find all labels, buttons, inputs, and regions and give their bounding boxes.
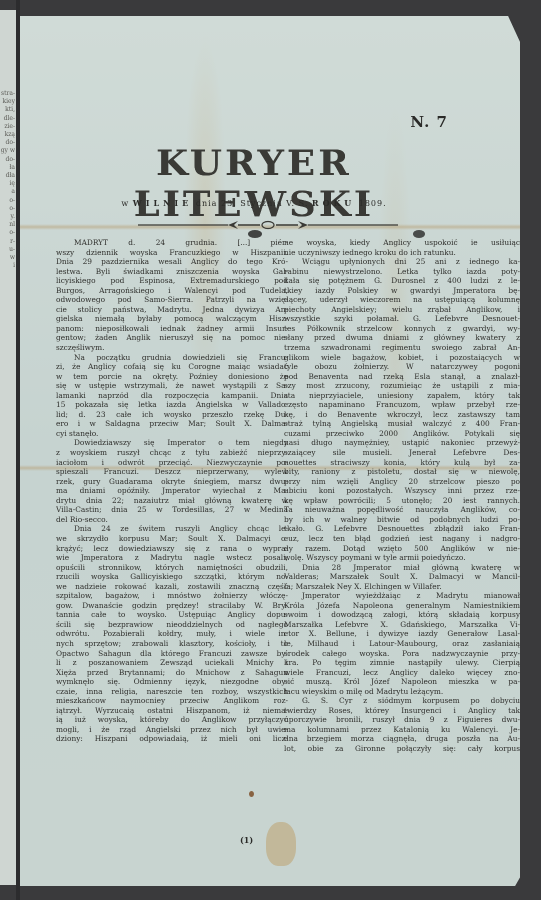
text-line: Burgos, Arragońskiego i Walencyi pod Tud… [56, 286, 288, 296]
text-line: straż tylną Angielską musiał walczyć z 4… [284, 419, 520, 429]
dateline: w WILNIE dnia 23. Stycznia V. S. ROKU 18… [44, 198, 464, 208]
text-line: rzucili woyska Gallicyiskiego szczątki, … [56, 572, 288, 582]
text-line: szy most zrzucony, rozumieiąc że ustąpil… [284, 381, 520, 391]
text-line: uporczywie bronili, ruszył dnia 9 z Figu… [284, 715, 520, 725]
fragment-line: gy w [0, 147, 15, 155]
fragment-line: r- [0, 238, 15, 246]
fragment-line: nl [0, 221, 15, 229]
text-line: wie Jmperatora z Madrytu nagle wstecz po… [56, 553, 288, 563]
text-line: swoim i dowodzącą załogi, którą składaią… [284, 610, 520, 620]
text-line: tkało. G. Lefebvre Desnouettes zbłądził … [284, 524, 520, 534]
article-paragraph: ne woyska, kiedy Anglicy uspokoić ie usi… [284, 238, 520, 257]
text-line: Króla Józefa Napoleona generalnym Namies… [284, 601, 520, 611]
masthead-title: KURYER LITEWSKI [34, 143, 475, 225]
text-line: cuzami przeciwko 2000 Anglików. Potykali… [284, 429, 520, 439]
text-line: panom: nieposiłkowali iednak żadney armi… [56, 324, 288, 334]
article-paragraph: Dowiedziawszy się Imperator o tem niegdy… [56, 438, 288, 524]
text-line: tannia całe to woysko. Ustępuiąc Anglicy… [56, 610, 288, 620]
article-column-right: ne woyska, kiedy Anglicy uspokoić ie usi… [284, 238, 520, 754]
adjacent-page-fragment: stra-kieykti,dle-zie-kządo-gy wdo-ładłai… [0, 10, 16, 885]
text-line: Wciągu upłynionych dni 25 ani z iednego … [284, 257, 520, 267]
text-line: ma kolumnami przez Katalonią ku Walencyi… [284, 725, 520, 735]
text-line: Xięża przed Brytannami; do Mnichow z Sah… [56, 668, 288, 678]
text-line: środek całego woyska. Pora nadzwyczaynie… [284, 649, 520, 659]
fragment-line: o- [0, 197, 15, 205]
text-line: wszy dziennik woyska Francuzkiego w Hisz… [56, 248, 288, 258]
text-line: rabinu niewystrzelono. Letka tylko iazda… [284, 267, 520, 277]
fragment-line: y. [0, 213, 15, 221]
text-line: dziony: Hiszpani odpowiadaią, iż mieli o… [56, 734, 288, 744]
dateline-year: 1809. [359, 199, 387, 208]
fragment-line: do- [0, 156, 15, 164]
text-line: li z poszanowaniem Zewsząd uciekali Mnic… [56, 658, 288, 668]
text-line: ctor X. Bellune, i dywizye iazdy Generał… [284, 629, 520, 639]
text-line: lestwa. Byli świadkami zniszczenia woysk… [56, 267, 288, 277]
text-line: szczęśliwym. [56, 343, 288, 353]
article-paragraph: G. S. Cyr z siódmym korpusem po dobyciut… [284, 696, 520, 753]
fragment-line: dła [0, 172, 15, 180]
ink-blot [413, 230, 425, 238]
text-line: kała się potężnem G. Durosnel z 400 ludz… [284, 276, 520, 286]
article-column-left: MADRYT d. 24 grudnia. [...] piér-wszy dz… [56, 238, 288, 744]
fragment-line: kiey [0, 98, 15, 106]
text-line: ścili się bezprawiow nieoddzielnych od n… [56, 620, 288, 630]
text-line: kę, i do Benavente wkroczył, lecz zastaw… [284, 410, 520, 420]
text-line: la; Marszałek Ney X. Elchingen w Villafe… [284, 582, 520, 592]
text-line: dy razem. Dotąd wzięto 500 Anglików w ni… [284, 544, 520, 554]
text-line: dącey, uderzył wieczorem na ustępuiącą k… [284, 295, 520, 305]
article-paragraph: Dnia 28 Jmperator miał główną kwaterę wV… [284, 563, 520, 592]
text-line: nych sprzętow; zrabowali klasztory, kośc… [56, 639, 288, 649]
text-line: ubiciu koni pozostałych. Wszyscy inni pr… [284, 486, 520, 496]
fragment-line: o- [0, 205, 15, 213]
article-paragraph: Dnia 24 ze świtem ruszyli Anglicy chcąc … [56, 524, 288, 744]
fragment-line: i [0, 262, 15, 270]
text-line: z woyskiem ruszył chcąc z tyłu zabieżć n… [56, 448, 288, 458]
text-line: zi, że Anglicy cofaią się ku Corogne mai… [56, 362, 288, 372]
text-line: tkiey iazdy Polskiey w gwardyi Jmperator… [284, 286, 520, 296]
text-line: sta nieprzyiaciele, uniesiony zapałem, k… [284, 391, 520, 401]
text-line: 15 pokazała się letka iazda Angielska w … [56, 400, 288, 410]
text-line: cie stolicy państwa, Madrytu. Jedna dywi… [56, 305, 288, 315]
text-line: sić muszą. Król Józef Napoleon mieszka w… [284, 677, 520, 687]
text-line: szpitalow, bagażow, i mnóstwo żołnierzy … [56, 591, 288, 601]
text-line: nasi długo nayme̜żniey, ustąpić nakoniec… [284, 438, 520, 448]
article-paragraph: MADRYT d. 24 grudnia. [...] piér-wszy dz… [56, 238, 288, 353]
text-line: Jmperator wyieżdżaiąc z Madrytu mianował [284, 591, 520, 601]
ornament-divider-icon [138, 220, 398, 230]
text-line: iątrzył. Wyrzucaią ostatni Hiszpanom, iż… [56, 706, 288, 716]
text-line: Valderas; Marszałek Soult X. Dalmacyi w … [284, 572, 520, 582]
text-line: Opactwo Sahagun dla którego Francuzi zaw… [56, 649, 288, 659]
text-line: G. S. Cyr z siódmym korpusem po dobyciu [284, 696, 520, 706]
text-line: wiele Francuzi, lecz Anglicy daleko więc… [284, 668, 520, 678]
text-line: we nadzieie rokować kazali, zostawili zn… [56, 582, 288, 592]
text-line: trzema szwadronami regimentu swoiego zab… [284, 343, 520, 353]
fragment-line: do- [0, 139, 15, 147]
text-line: Villa-Castin; dnia 25 w Tordesillas, 27 … [56, 505, 288, 515]
text-line: iaciołom i odwrót przeciąć. Niezwyczayni… [56, 458, 288, 468]
text-line: Marszałka Lefebvre X. Gdańskiego, Marsza… [284, 620, 520, 630]
issue-number: N. 7 [410, 113, 448, 131]
text-line: rzek, gury Guadarama okryte śniegiem, ma… [56, 477, 288, 487]
text-line: pod Benaventa nad rzeką Esla stanął, a z… [284, 372, 520, 382]
text-line: dna brzegiem morza ciągnęła, druga poszł… [284, 734, 520, 744]
dateline-date: dnia 23. Stycznia V. S. [196, 199, 309, 208]
dateline-city: WILNIE [133, 198, 193, 208]
page-number: (1) [240, 835, 253, 845]
fragment-line: u- [0, 246, 15, 254]
text-line: lid; d. 23 całe ich woysko przeszło rzek… [56, 410, 288, 420]
fragment-line: w [0, 254, 15, 262]
text-line: w tem porcie na okręty. Poźniey doniesio… [56, 372, 288, 382]
text-line: Dowiedziawszy się Imperator o tem niegdy [56, 438, 288, 448]
text-line: tes Półkownik strzelcow konnych z gwardy… [284, 324, 520, 334]
text-line: by ich w walney bitwie od podobnych ludz… [284, 515, 520, 525]
text-line: szaiącey sile musieli. Jenerał Lefebvre … [284, 448, 520, 458]
fragment-line: kti, [0, 106, 15, 114]
text-line: gielska niemałą byłaby pomocą walczącym … [56, 314, 288, 324]
book-gutter [16, 0, 20, 900]
fragment-line: dle- [0, 115, 15, 123]
text-line: odwrótu. Pozabierali kołdry, muły, i wie… [56, 629, 288, 639]
text-line: mieszkańcow naymocniey przeciw Anglikom … [56, 696, 288, 706]
text-line: mogli, i że rząd Angielski przez nich by… [56, 725, 288, 735]
text-line: Dnia 29 pazdziernika wesali Anglicy do t… [56, 257, 288, 267]
text-line: licyiskiego pod Espinosa, Extremadurskie… [56, 276, 288, 286]
text-line: odwodowego pod Samo-Sierra. Patrzyli na … [56, 295, 288, 305]
text-line: we skrzydło korpusu Mar; Soult X. Dalmac… [56, 534, 288, 544]
text-line: drytu dnia 22; nazaiutrz miał główną kwa… [56, 496, 288, 506]
text-line: bity, raniony z pistoletu, dostał się w … [284, 467, 520, 477]
text-line: spieszali Francuzi. Deszcz nieprzerwany,… [56, 467, 288, 477]
text-line: Ta nieuważna popędliwość nauczyła Anglik… [284, 505, 520, 515]
fragment-line: kzą [0, 131, 15, 139]
text-line: le, Milhaud i Latour-Maubourg, oraz zasł… [284, 639, 520, 649]
text-line: Dnia 28 Jmperator miał główną kwaterę w [284, 563, 520, 573]
text-line: gentow; żaden Anglik nieruszył się na po… [56, 333, 288, 343]
dateline-prefix: w [121, 199, 129, 208]
text-line: glikom wiele bagażow, kobiet, i pozostai… [284, 353, 520, 363]
paper-stain [266, 822, 296, 866]
text-line: MADRYT d. 24 grudnia. [...] piér- [56, 238, 288, 248]
text-line: ne woyska, kiedy Anglicy uspokoić ie usi… [284, 238, 520, 248]
text-line: nouettes straciwszy konia, który kulą by… [284, 458, 520, 468]
text-line: twierdzy Roses, którey Insurgenci i Angl… [284, 706, 520, 716]
text-line: wolę. Wszyscy poymani w tyle armii poied… [284, 553, 520, 563]
text-line: opuścili stronnikow, których namiętności… [56, 563, 288, 573]
text-line: się w ustępie wstrzymali, że nawet wystą… [56, 381, 288, 391]
ink-blot [248, 230, 262, 238]
article-paragraph: Jmperator wyieżdżaiąc z Madrytu mianował… [284, 591, 520, 696]
text-line: tyle obozu żołnierzy. W natarczywey pogo… [284, 362, 520, 372]
fragment-line: o- [0, 229, 15, 237]
text-line: krążyć; lecz dowiedziawszy się z rana o … [56, 544, 288, 554]
text-line: kę wpław powrócili; 5 utonęło; 20 iest r… [284, 496, 520, 506]
text-line: często napaminano Francuzom, wpław przeb… [284, 400, 520, 410]
fragment-line: zie- [0, 123, 15, 131]
text-line: lamanki naprzód dla rozpoczęcia kampanii… [56, 391, 288, 401]
fragment-line: a [0, 188, 15, 196]
text-line: gow. Dwanaście godzin prędzey! stracilab… [56, 601, 288, 611]
article-paragraph: Wciągu upłynionych dni 25 ani z iednego … [284, 257, 520, 563]
fragment-line: stra- [0, 90, 15, 98]
newspaper-page: N. 7 KURYER LITEWSKI w WILNIE dnia 23. S… [20, 16, 520, 886]
ink-blot [249, 791, 254, 797]
text-line: piechoty Angielskiey; wielu zrąbał Angli… [284, 305, 520, 315]
text-line: Na początku grudnia dowiedzieli się Fran… [56, 353, 288, 363]
text-line: łacu wieyskim o milę od Madrytu leżącym. [284, 687, 520, 697]
text-line: ma dniami opóźniły. Jmperator wyiechał z… [56, 486, 288, 496]
fragment-line: ła [0, 164, 15, 172]
text-line: kra. Po tęgim zimnie nastąpiły ulewy. Ci… [284, 658, 520, 668]
text-line: ero i w Saldagna przeciw Mar; Soult X. D… [56, 419, 288, 429]
fragment-line: ię [0, 180, 15, 188]
text-line: wymknęło się. Odmienny ięzyk, niezgodne … [56, 677, 288, 687]
text-line: nie uczyniwszy iednego kroku do ich ratu… [284, 248, 520, 258]
article-paragraph: Na początku grudnia dowiedzieli się Fran… [56, 353, 288, 439]
text-line: ią iuż woyska, któreby do Anglikow przył… [56, 715, 288, 725]
text-line: Dnia 24 ze świtem ruszyli Anglicy chcąc … [56, 524, 288, 534]
text-line: wszystkie szyki połamał. G. Lefebvre Des… [284, 314, 520, 324]
text-line: przy nim wzięli Anglicy 20 strzelcow pie… [284, 477, 520, 487]
text-line: cuz, lecz ten błąd godzień iest nagany i… [284, 534, 520, 544]
text-line: słany przed dwuma dniami z główney kwate… [284, 333, 520, 343]
text-line: lot, obie za Gironne połączyły się: cały… [284, 744, 520, 754]
text-line: czaie, inna religia, nareszcie ten rozbo… [56, 687, 288, 697]
dateline-year-label: ROKU [312, 198, 355, 208]
text-line: cyi stanęło. [56, 429, 288, 439]
text-line: del Rio-secco. [56, 515, 288, 525]
